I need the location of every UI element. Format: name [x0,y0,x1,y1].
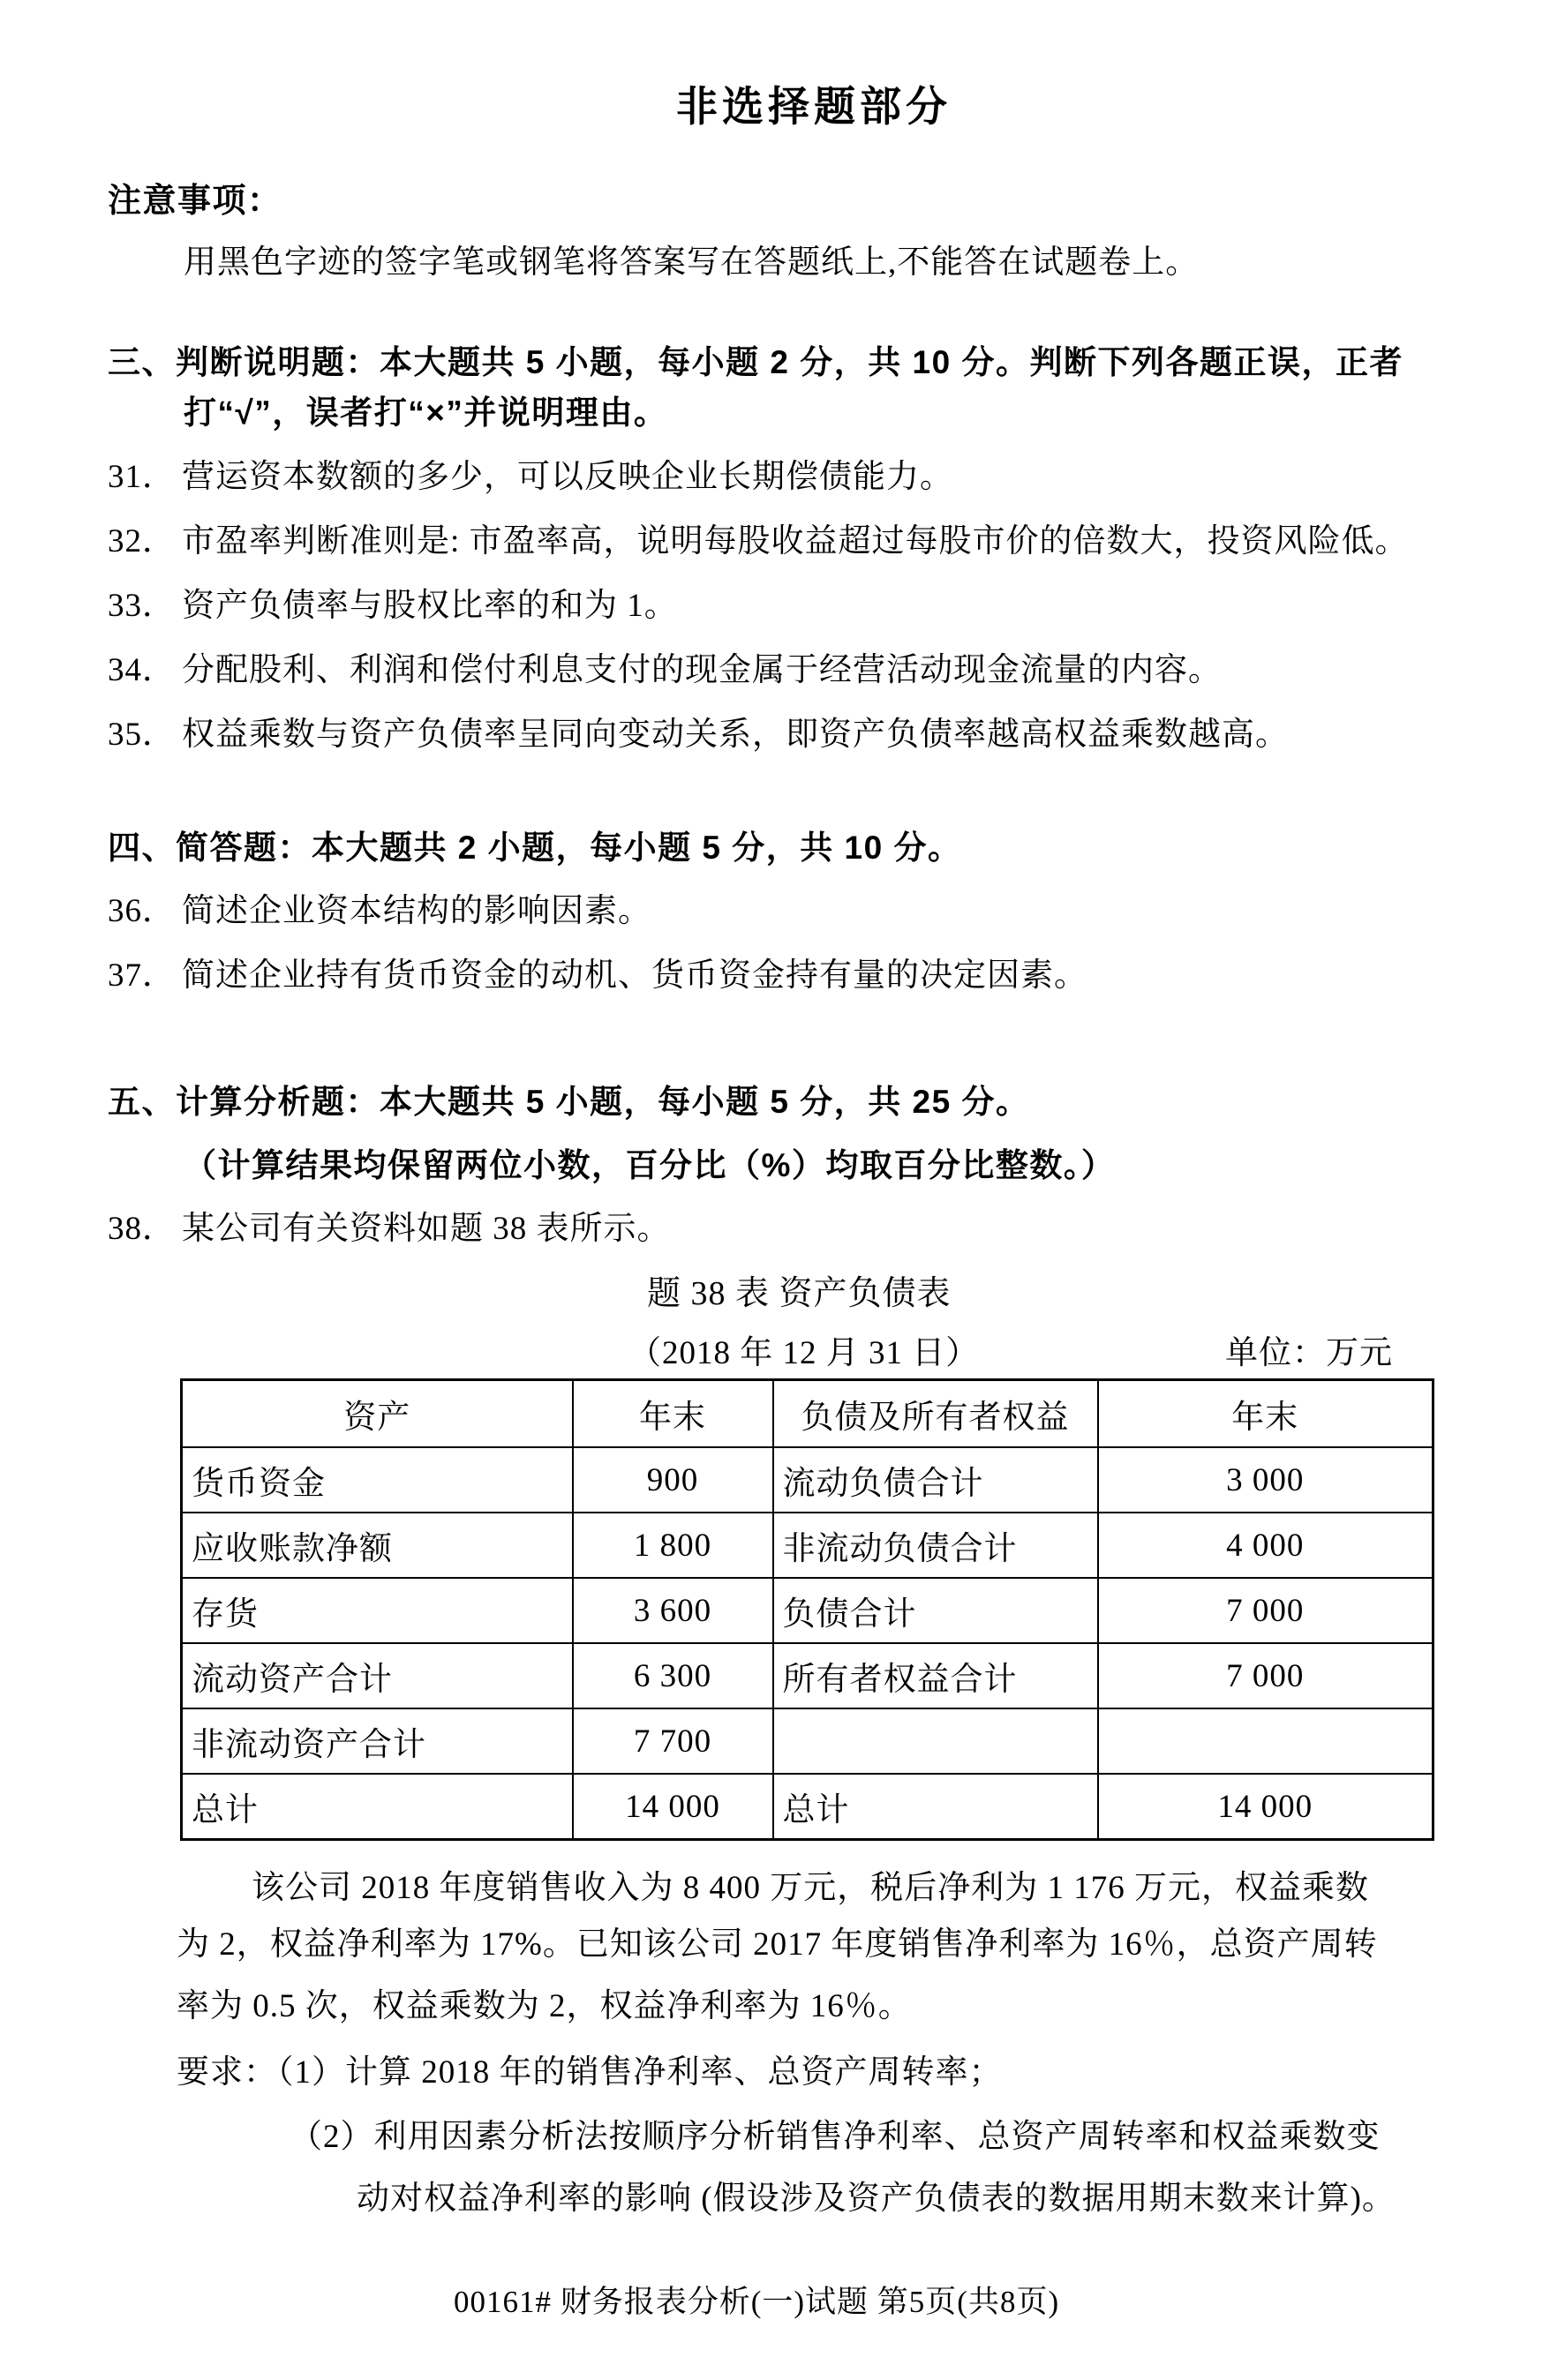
problem38-paragraph-line3: 率为 0.5 次，权益乘数为 2，权益净利率为 16％。 [177,1987,912,2026]
table38-date: （2018 年 12 月 31 日） [628,1334,979,1373]
table-cell: 3 600 [573,1578,773,1643]
question-37-text: 简述企业持有货币资金的动机、货币资金持有量的决定因素。 [182,957,1087,994]
table-row: 应收账款净额 1 800 非流动负债合计 4 000 [182,1513,1433,1578]
table-cell [1098,1708,1433,1774]
page-footer: 00161# 财务报表分析(一)试题 第5页(共8页) [454,2284,1059,2321]
question-35: 35．权益乘数与资产负债率呈同向变动关系，即资产负债率越高权益乘数越高。 [108,716,1289,755]
question-33: 33．资产负债率与股权比率的和为 1。 [108,587,678,626]
problem38-requirement-line1: 要求：（1）计算 2018 年的销售净利率、总资产周转率； [177,2053,1003,2092]
table-cell: 7 000 [1098,1578,1433,1643]
question-31: 31．营运资本数额的多少，可以反映企业长期偿债能力。 [108,458,953,497]
notice-label: 注意事项： [108,182,282,222]
question-37-number: 37． [108,957,182,995]
table-cell: 1 800 [573,1513,773,1578]
table-header-row: 资产 年末 负债及所有者权益 年末 [182,1380,1433,1448]
header-assets: 资产 [182,1380,573,1448]
table-cell: 6 300 [573,1643,773,1708]
question-34-number: 34． [108,651,182,690]
table-row: 货币资金 900 流动负债合计 3 000 [182,1447,1433,1513]
page-title: 非选择题部分 [676,74,952,133]
table-cell: 7 700 [573,1708,773,1774]
section-4-heading-line1: 四、简答题：本大题共 2 小题，每小题 5 分，共 10 分。 [108,829,962,867]
problem38-requirement-line2: （2）利用因素分析法按顺序分析销售净利率、总资产周转率和权益乘数变 [290,2118,1381,2157]
exam-page: 非选择题部分 注意事项： 用黑色字迹的签字笔或钢笔将答案写在答题纸上,不能答在试… [0,0,1550,2380]
table-row: 流动资产合计 6 300 所有者权益合计 7 000 [182,1643,1433,1708]
table-cell: 4 000 [1098,1513,1433,1578]
table-row: 存货 3 600 负债合计 7 000 [182,1578,1433,1643]
question-38: 38．某公司有关资料如题 38 表所示。 [108,1210,671,1249]
table-cell: 流动资产合计 [182,1643,573,1708]
table-cell: 负债合计 [773,1578,1098,1643]
question-33-number: 33． [108,587,182,626]
header-year-end-left: 年末 [573,1380,773,1448]
problem38-requirement-line3: 动对权益净利率的影响 (假设涉及资产负债表的数据用期末数来计算)。 [357,2180,1396,2219]
table38-unit-label: 单位：万元 [1225,1334,1393,1373]
table-cell: 3 000 [1098,1447,1433,1513]
table-cell: 非流动负债合计 [773,1513,1098,1578]
section-3-heading-line1: 三、判断说明题：本大题共 5 小题，每小题 2 分，共 10 分。判断下列各题正… [108,343,1403,382]
section-5-heading-note: （计算结果均保留两位小数，百分比（%）均取百分比整数。） [184,1146,1115,1185]
table-cell: 非流动资产合计 [182,1708,573,1774]
table38-title: 题 38 表 资产负债表 [647,1274,952,1315]
section-3-heading-line2: 打“√”，误者打“×”并说明理由。 [184,394,667,432]
question-35-text: 权益乘数与资产负债率呈同向变动关系，即资产负债率越高权益乘数越高。 [182,717,1289,753]
question-33-text: 资产负债率与股权比率的和为 1。 [182,588,678,624]
header-year-end-right: 年末 [1098,1380,1433,1448]
problem38-paragraph-line2: 为 2，权益净利率为 17%。已知该公司 2017 年度销售净利率为 16％，总… [177,1926,1378,1964]
question-38-text: 某公司有关资料如题 38 表所示。 [182,1211,671,1247]
question-36-text: 简述企业资本结构的影响因素。 [182,893,651,929]
question-36-number: 36． [108,892,182,931]
question-35-number: 35． [108,716,182,755]
table-row: 非流动资产合计 7 700 [182,1708,1433,1774]
table-row: 总计 14 000 总计 14 000 [182,1774,1433,1840]
problem38-paragraph-line1: 该公司 2018 年度销售收入为 8 400 万元，税后净利为 1 176 万元… [252,1869,1369,1908]
section-5-heading-line1: 五、计算分析题：本大题共 5 小题，每小题 5 分，共 25 分。 [108,1083,1030,1122]
table-cell: 存货 [182,1578,573,1643]
question-31-number: 31． [108,458,182,497]
question-38-number: 38． [108,1210,182,1249]
question-36: 36．简述企业资本结构的影响因素。 [108,892,651,931]
notice-text: 用黑色字迹的签字笔或钢笔将答案写在答题纸上,不能答在试题卷上。 [184,244,1199,282]
header-liabilities-equity: 负债及所有者权益 [773,1380,1098,1448]
question-32-number: 32． [108,522,182,561]
question-32-text: 市盈率判断准则是: 市盈率高，说明每股收益超过每股市价的倍数大，投资风险低。 [182,523,1409,559]
table-cell: 900 [573,1447,773,1513]
table-cell: 流动负债合计 [773,1447,1098,1513]
table-cell: 总计 [182,1774,573,1840]
question-31-text: 营运资本数额的多少，可以反映企业长期偿债能力。 [182,459,953,495]
table-cell: 所有者权益合计 [773,1643,1098,1708]
balance-sheet-table: 资产 年末 负债及所有者权益 年末 货币资金 900 流动负债合计 3 000 … [180,1378,1434,1841]
table-cell [773,1708,1098,1774]
table-cell: 14 000 [1098,1774,1433,1840]
table-cell: 7 000 [1098,1643,1433,1708]
question-32: 32．市盈率判断准则是: 市盈率高，说明每股收益超过每股市价的倍数大，投资风险低… [108,522,1409,561]
question-34-text: 分配股利、利润和偿付利息支付的现金属于经营活动现金流量的内容。 [182,652,1222,688]
table-cell: 14 000 [573,1774,773,1840]
question-34: 34．分配股利、利润和偿付利息支付的现金属于经营活动现金流量的内容。 [108,651,1222,690]
table-cell: 总计 [773,1774,1098,1840]
table-cell: 应收账款净额 [182,1513,573,1578]
question-37: 37．简述企业持有货币资金的动机、货币资金持有量的决定因素。 [108,957,1087,995]
table-cell: 货币资金 [182,1447,573,1513]
